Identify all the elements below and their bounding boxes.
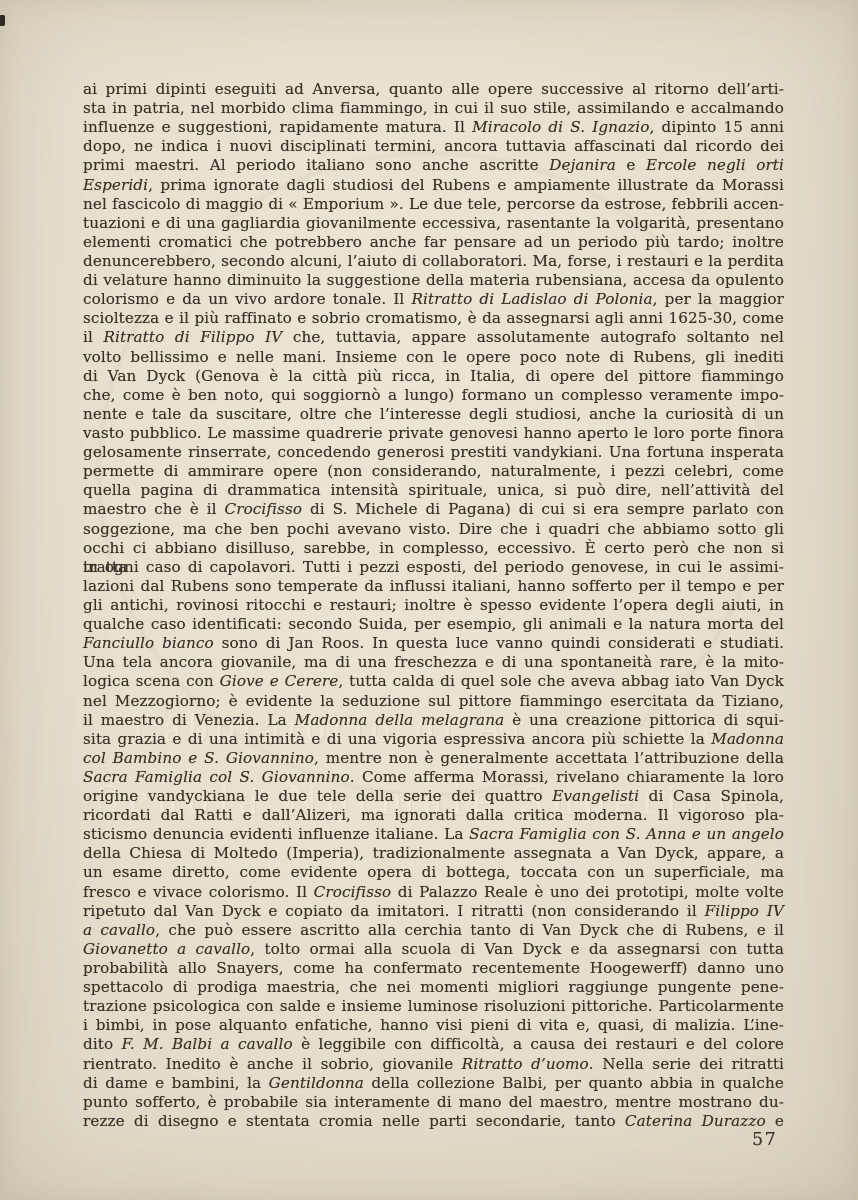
text-line: elementi cromatici che potrebbero anche … <box>83 233 784 252</box>
text-line: lazioni dal Rubens sono temperate da inf… <box>83 577 784 596</box>
text-line: Una tela ancora giovanile, ma di una fre… <box>83 653 784 672</box>
text-line: maestro che è il Crocifisso di S. Michel… <box>83 500 784 519</box>
text-line: nente e tale da suscitare, oltre che l’i… <box>83 405 784 424</box>
text-line: colorismo e da un vivo ardore tonale. Il… <box>83 290 784 309</box>
text-line: dito F. M. Balbi a cavallo è leggibile c… <box>83 1035 784 1054</box>
text-line: gelosamente rinserrate, concedendo gener… <box>83 443 784 462</box>
text-line: ricordati dal Ratti e dall’Alizeri, ma i… <box>83 806 784 825</box>
text-line: origine vandyckiana le due tele della se… <box>83 787 784 806</box>
text-line: di Van Dyck (Genova è la città più ricca… <box>83 367 784 386</box>
page-number: 57 <box>752 1130 796 1150</box>
text-line: quella pagina di drammatica intensità sp… <box>83 481 784 500</box>
text-line: ripetuto dal Van Dyck e copiato da imita… <box>83 902 784 921</box>
text-line: qualche caso identificati: secondo Suida… <box>83 615 784 634</box>
text-line: punto sofferto, è probabile sia interame… <box>83 1093 784 1112</box>
text-line: logica scena con Giove e Cerere, tutta c… <box>83 672 784 691</box>
text-line: che, come è ben noto, qui soggiornò a lu… <box>83 386 784 405</box>
text-line: permette di ammirare opere (non consider… <box>83 462 784 481</box>
text-line: sita grazia e di una intimità e di una v… <box>83 730 784 749</box>
text-line: dopo, ne indica i nuovi disciplinati ter… <box>83 137 784 156</box>
text-line: spettacolo di prodiga maestria, che nei … <box>83 978 784 997</box>
text-line: sticismo denuncia evidenti influenze ita… <box>83 825 784 844</box>
text-line: i bimbi, in pose alquanto enfatiche, han… <box>83 1016 784 1035</box>
text-line: influenze e suggestioni, rapidamente mat… <box>83 118 784 137</box>
text-line: rientrato. Inedito è anche il sobrio, gi… <box>83 1055 784 1074</box>
text-line: di dame e bambini, la Gentildonna della … <box>83 1074 784 1093</box>
book-page: Laboratorio di Arti Visive Scuola Normal… <box>0 0 858 1200</box>
text-line: fresco e vivace colorismo. Il Crocifisso… <box>83 883 784 902</box>
text-line: trazione psicologica con salde e insieme… <box>83 997 784 1016</box>
text-line: soggezione, ma che ben pochi avevano vis… <box>83 520 784 539</box>
text-line: sta in patria, nel morbido clima fiammin… <box>83 99 784 118</box>
body-text: ai primi dipinti eseguiti ad Anversa, qu… <box>83 80 784 1131</box>
text-line: un esame diretto, come evidente opera di… <box>83 863 784 882</box>
text-line: Sacra Famiglia col S. Giovannino. Come a… <box>83 768 784 787</box>
text-line: scioltezza e il più raffinato e sobrio c… <box>83 309 784 328</box>
text-line: della Chiesa di Moltedo (Imperia), tradi… <box>83 844 784 863</box>
scan-edge-mark <box>0 15 5 26</box>
text-line: tuazioni e di una gagliardia giovanilmen… <box>83 214 784 233</box>
text-line: rezze di disegno e stentata cromia nelle… <box>83 1112 784 1131</box>
text-line: ai primi dipinti eseguiti ad Anversa, qu… <box>83 80 784 99</box>
text-line: in ogni caso di capolavori. Tutti i pezz… <box>83 558 784 577</box>
text-line: nel fascicolo di maggio di « Emporium ».… <box>83 195 784 214</box>
text-line: nel Mezzogiorno; è evidente la seduzione… <box>83 692 784 711</box>
text-line: denuncerebbero, secondo alcuni, l’aiuto … <box>83 252 784 271</box>
text-line: a cavallo, che può essere ascritto alla … <box>83 921 784 940</box>
text-line: di velature hanno diminuito la suggestio… <box>83 271 784 290</box>
text-line: col Bambino e S. Giovannino, mentre non … <box>83 749 784 768</box>
text-line: vasto pubblico. Le massime quadrerie pri… <box>83 424 784 443</box>
text-line: il Ritratto di Filippo IV che, tuttavia,… <box>83 328 784 347</box>
text-line: il maestro di Venezia. La Madonna della … <box>83 711 784 730</box>
text-line: Giovanetto a cavallo, tolto ormai alla s… <box>83 940 784 959</box>
text-line: Fanciullo bianco sono di Jan Roos. In qu… <box>83 634 784 653</box>
text-line: occhi ci abbiano disilluso, sarebbe, in … <box>83 539 784 558</box>
text-line: Esperidi, prima ignorate dagli studiosi … <box>83 176 784 195</box>
text-line: volto bellissimo e nelle mani. Insieme c… <box>83 348 784 367</box>
text-line: gli antichi, rovinosi ritocchi e restaur… <box>83 596 784 615</box>
text-line: primi maestri. Al periodo italiano sono … <box>83 156 784 175</box>
text-line: probabilità allo Snayers, come ha confer… <box>83 959 784 978</box>
